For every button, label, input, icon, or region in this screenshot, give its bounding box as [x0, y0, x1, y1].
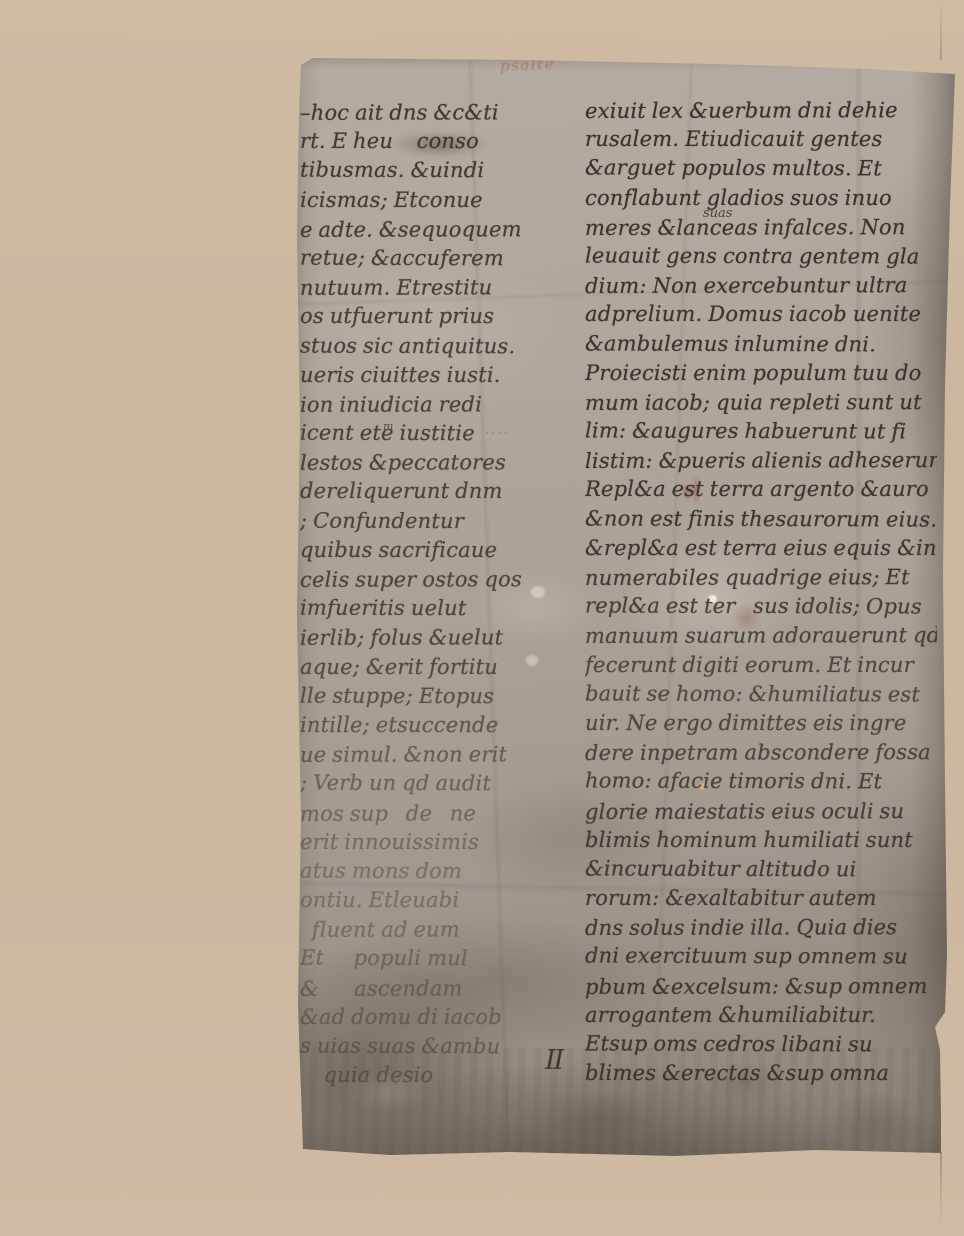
manuscript-text-line: nutuum. Etrestitu: [300, 273, 552, 303]
manuscript-text-line: ue simul. &non erit: [300, 740, 552, 770]
manuscript-text-line: arrogantem &humiliabitur.: [585, 1001, 937, 1030]
manuscript-text-line: Etsup oms cedros libani su: [585, 1029, 937, 1059]
manuscript-text-line: pbum &excelsum: &sup omnem: [585, 972, 937, 1002]
manuscript-text-line: dns solus indie illa. Quia dies: [585, 913, 937, 943]
manuscript-text-line: & ascendam: [300, 974, 552, 1004]
manuscript-text-line: leuauit gens contra gentem gla: [585, 241, 937, 271]
manuscript-text-line: ontiu. Etleuabi: [300, 886, 552, 915]
manuscript-text-line: atus mons dom: [300, 856, 552, 886]
manuscript-text-line: rt. E heu conso: [300, 127, 552, 156]
manuscript-text-line: &non est finis thesaurorum eius.: [585, 504, 937, 534]
interlinear-gloss-left: m: [383, 420, 393, 433]
manuscript-text-line: icismas; Etconue: [300, 186, 552, 215]
manuscript-text-line: &arguet populos multos. Et: [585, 154, 937, 184]
manuscript-text-line: &ambulemus inlumine dni.: [585, 329, 937, 359]
manuscript-text-line: rusalem. Etiudicauit gentes: [585, 125, 937, 154]
manuscript-text-line: glorie maiestatis eius oculi su: [585, 797, 937, 827]
manuscript-text-line: mum iacob; quia repleti sunt ut: [585, 388, 937, 418]
manuscript-text-line: dereliquerunt dnm: [300, 477, 552, 506]
manuscript-photo: psalte –hoc ait dns &c&tirt. E heu conso…: [0, 0, 964, 1236]
manuscript-text-line: ueris ciuittes iusti.: [300, 361, 552, 390]
manuscript-text-line: listim: &pueris alienis adheserunt: [585, 446, 937, 476]
manuscript-text-line: Repl&a est terra argento &auro: [585, 475, 937, 504]
manuscript-text-line: aque; &erit fortitu: [300, 653, 552, 682]
manuscript-text-line: erit innouissimis: [300, 828, 552, 857]
manuscript-text-line: s uias suas &ambu: [300, 1032, 552, 1062]
manuscript-text-line: –hoc ait dns &c&ti: [300, 98, 552, 128]
mount-seam-top: [940, 0, 942, 60]
manuscript-text-line: lestos &peccatores: [300, 448, 552, 478]
red-inscription: psalte: [500, 55, 556, 75]
manuscript-text-line: exiuit lex &uerbum dni dehie: [585, 96, 937, 126]
manuscript-text-line: rorum: &exaltabitur autem: [585, 884, 937, 913]
interlinear-gloss-right: suas: [703, 206, 732, 221]
manuscript-text-line: lle stuppe; Etopus: [300, 681, 552, 711]
manuscript-text-line: &incuruabitur altitudo ui: [585, 854, 937, 884]
manuscript-text-line: repl&a est ter sus idolis; Opus: [585, 592, 937, 622]
quire-numeral: II: [545, 1045, 562, 1076]
manuscript-text-line: numerabiles quadrige eius; Et: [585, 563, 937, 593]
manuscript-text-line: ierlib; folus &uelut: [300, 624, 552, 654]
manuscript-text-line: e adte. &sequoquem: [300, 215, 552, 245]
manuscript-text-line: ion iniudicia redi: [300, 390, 552, 420]
manuscript-text-line: stuos sic antiquitus.: [300, 331, 552, 361]
manuscript-text-line: conflabunt gladios suos inuo: [585, 184, 937, 213]
manuscript-text-line: &ad domu di iacob: [300, 1003, 552, 1032]
manuscript-text-line: ; Confundentur: [300, 506, 552, 536]
manuscript-text-line: uir. Ne ergo dimittes eis ingre: [585, 709, 937, 738]
manuscript-text-line: dni exercituum sup omnem su: [585, 942, 937, 972]
manuscript-text-line: tibusmas. &uindi: [300, 156, 552, 186]
manuscript-text-line: fecerunt digiti eorum. Et incur: [585, 651, 937, 680]
manuscript-text-line: adprelium. Domus iacob uenite: [585, 300, 937, 329]
manuscript-text-line: &repl&a est terra eius equis &in: [585, 534, 937, 563]
manuscript-text-line: quia desio: [300, 1061, 552, 1090]
manuscript-text-line: ; Verb un qd audit: [300, 769, 552, 799]
manuscript-text-line: quibus sacrificaue: [300, 536, 552, 565]
manuscript-text-line: os utfuerunt prius: [300, 302, 552, 331]
manuscript-text-line: fluent ad eum: [300, 915, 552, 945]
parchment-leaf: psalte –hoc ait dns &c&tirt. E heu conso…: [295, 55, 957, 1158]
manuscript-text-line: blimis hominum humiliati sunt: [585, 826, 937, 855]
manuscript-text-line: manuum suarum adorauerunt qd: [585, 621, 937, 651]
manuscript-text-line: Proiecisti enim populum tuu do: [585, 359, 937, 388]
text-column-right: exiuit lex &uerbum dni dehierusalem. Eti…: [585, 96, 937, 1088]
manuscript-text-line: intille; etsuccende: [300, 711, 552, 740]
manuscript-text-line: retue; &accuferem: [300, 244, 552, 274]
manuscript-text-line: dere inpetram abscondere fossa: [585, 738, 937, 768]
manuscript-text-line: celis super ostos qos: [300, 565, 552, 595]
mount-seam-bottom: [940, 1152, 942, 1227]
manuscript-text-line: Et populi mul: [300, 944, 552, 974]
manuscript-text-line: meres &lanceas infalces. Non: [585, 213, 937, 243]
text-column-left: –hoc ait dns &c&tirt. E heu consotibusma…: [300, 98, 552, 1090]
manuscript-text-line: icent ete iustitie: [300, 419, 552, 449]
manuscript-text-line: mos sup de ne: [300, 799, 552, 829]
manuscript-text-line: lim: &augures habuerunt ut fi: [585, 417, 937, 447]
manuscript-text-line: dium: Non exercebuntur ultra: [585, 271, 937, 301]
manuscript-text-line: homo: afacie timoris dni. Et: [585, 767, 937, 797]
manuscript-text-line: imfueritis uelut: [300, 594, 552, 624]
red-corrector-dots: ····: [485, 426, 510, 441]
manuscript-text-line: blimes &erectas &sup omna: [585, 1059, 937, 1088]
manuscript-text-line: bauit se homo: &humiliatus est: [585, 679, 937, 709]
